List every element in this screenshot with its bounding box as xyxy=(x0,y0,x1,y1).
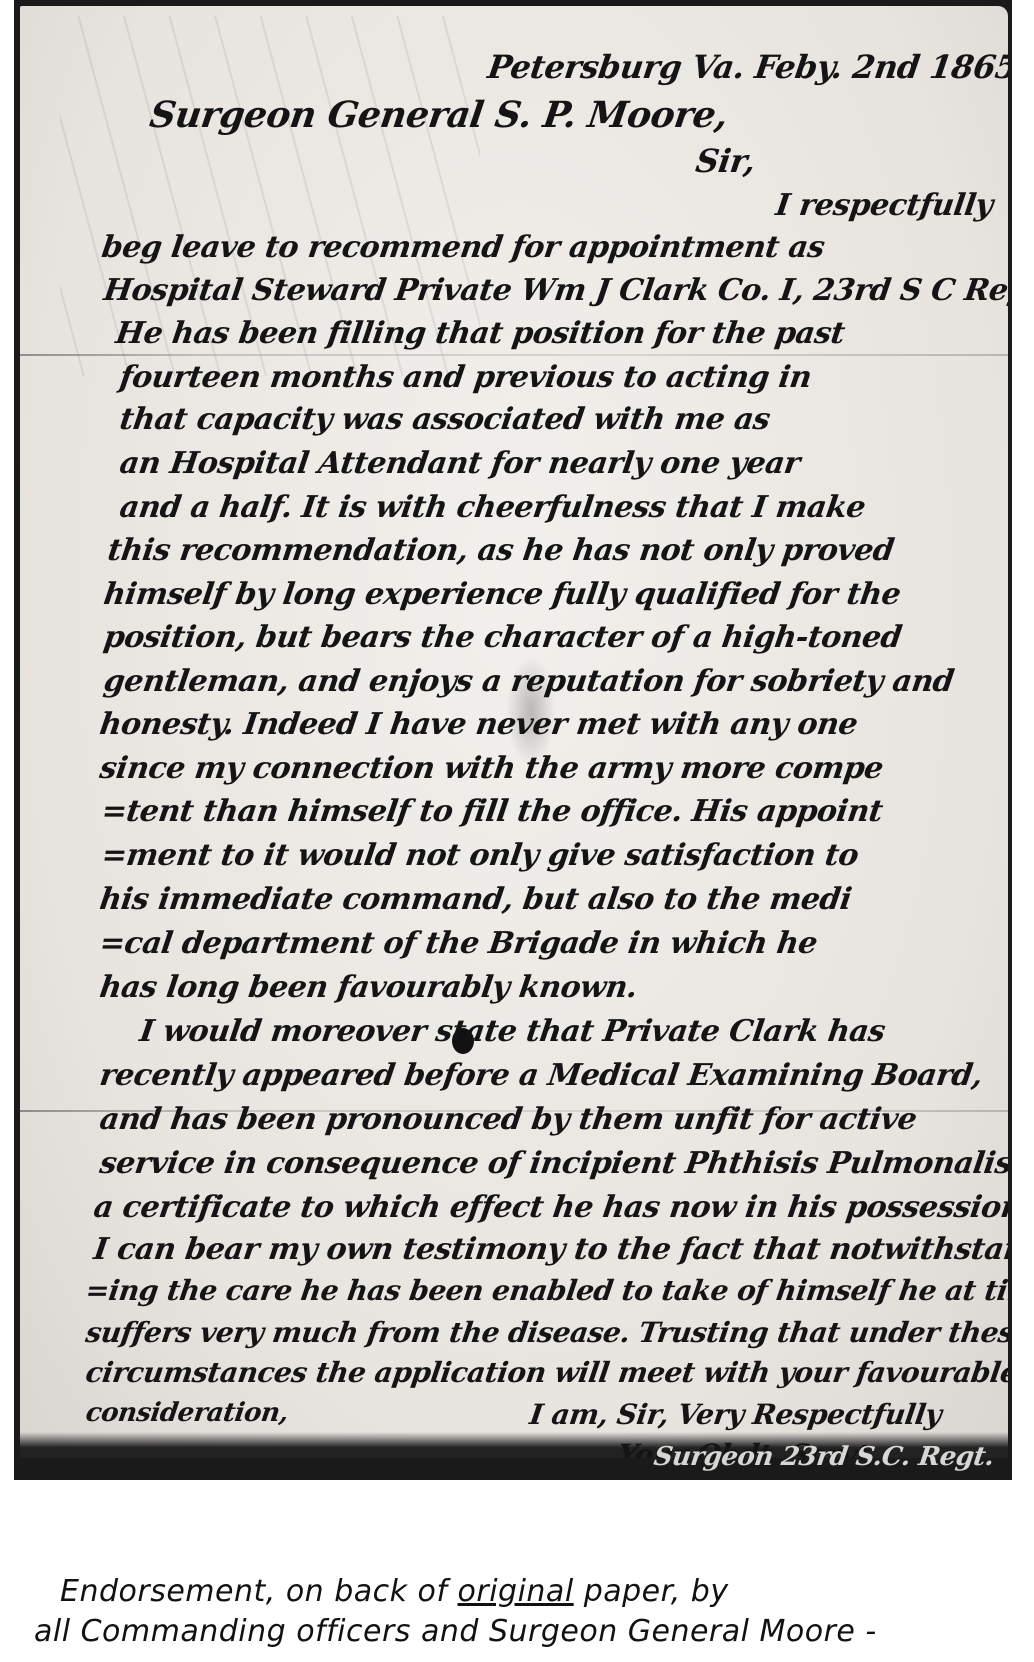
body-line: suffers very much from the disease. Trus… xyxy=(84,1316,1008,1349)
body-line: circumstances the application will meet … xyxy=(84,1356,1008,1389)
body-line: position, but bears the character of a h… xyxy=(102,620,904,655)
caption-line-2: all Commanding officers and Surgeon Gene… xyxy=(34,1614,877,1649)
body-line: this recommendation, as he has not only … xyxy=(106,533,896,568)
body-line: He has been filling that position for th… xyxy=(114,316,847,351)
caption-underlined-word: original xyxy=(458,1574,574,1609)
body-line: since my connection with the army more c… xyxy=(98,751,886,786)
addressee: Surgeon General S. P. Moore, xyxy=(147,94,730,136)
closing: I am, Sir, Very Respectfully xyxy=(528,1398,944,1431)
body-line: =ment to it would not only give satisfac… xyxy=(100,838,861,873)
body-line: has long been favourably known. xyxy=(98,970,640,1005)
fold-line xyxy=(20,354,1008,356)
body-line: honesty. Indeed I have never met with an… xyxy=(98,707,860,742)
scanned-letter-photo: Petersburg Va. Feby. 2nd 1865. Surgeon G… xyxy=(14,0,1012,1480)
body-line: a certificate to which effect he has now… xyxy=(92,1190,1008,1225)
dateline: Petersburg Va. Feby. 2nd 1865. xyxy=(485,48,1008,86)
caption-text: paper, by xyxy=(574,1574,729,1609)
body-line: Hospital Steward Private Wm J Clark Co. … xyxy=(102,273,1008,308)
body-line: an Hospital Attendant for nearly one yea… xyxy=(118,446,802,481)
body-line: I can bear my own testimony to the fact … xyxy=(92,1232,1008,1267)
caption-line-1: Endorsement, on back of original paper, … xyxy=(60,1574,729,1609)
letter-paper: Petersburg Va. Feby. 2nd 1865. Surgeon G… xyxy=(20,6,1008,1458)
body-line: service in consequence of incipient Phth… xyxy=(98,1146,1008,1181)
body-line: consideration, xyxy=(84,1398,290,1428)
body-line: gentleman, and enjoys a reputation for s… xyxy=(102,664,956,699)
body-line: that capacity was associated with me as xyxy=(118,402,773,437)
body-line: recently appeared before a Medical Exami… xyxy=(98,1058,985,1093)
salutation: Sir, xyxy=(693,142,757,180)
body-line: beg leave to recommend for appointment a… xyxy=(100,230,827,265)
body-line: =tent than himself to fill the office. H… xyxy=(100,794,885,829)
opening-line: I respectfully xyxy=(774,188,995,223)
signature-title: Surgeon 23rd S.C. Regt. xyxy=(652,1442,996,1472)
body-line: =ing the care he has been enabled to tak… xyxy=(84,1274,1008,1307)
caption-text: Endorsement, on back of xyxy=(60,1574,458,1609)
body-line: and a half. It is with cheerfulness that… xyxy=(118,490,868,525)
body-line: himself by long experience fully qualifi… xyxy=(102,577,903,612)
body-line: =cal department of the Brigade in which … xyxy=(98,926,820,961)
body-line: his immediate command, but also to the m… xyxy=(98,882,854,917)
body-line: fourteen months and previous to acting i… xyxy=(118,360,814,395)
body-line: I would moreover state that Private Clar… xyxy=(138,1014,888,1049)
body-line: and has been pronounced by them unfit fo… xyxy=(98,1102,919,1137)
